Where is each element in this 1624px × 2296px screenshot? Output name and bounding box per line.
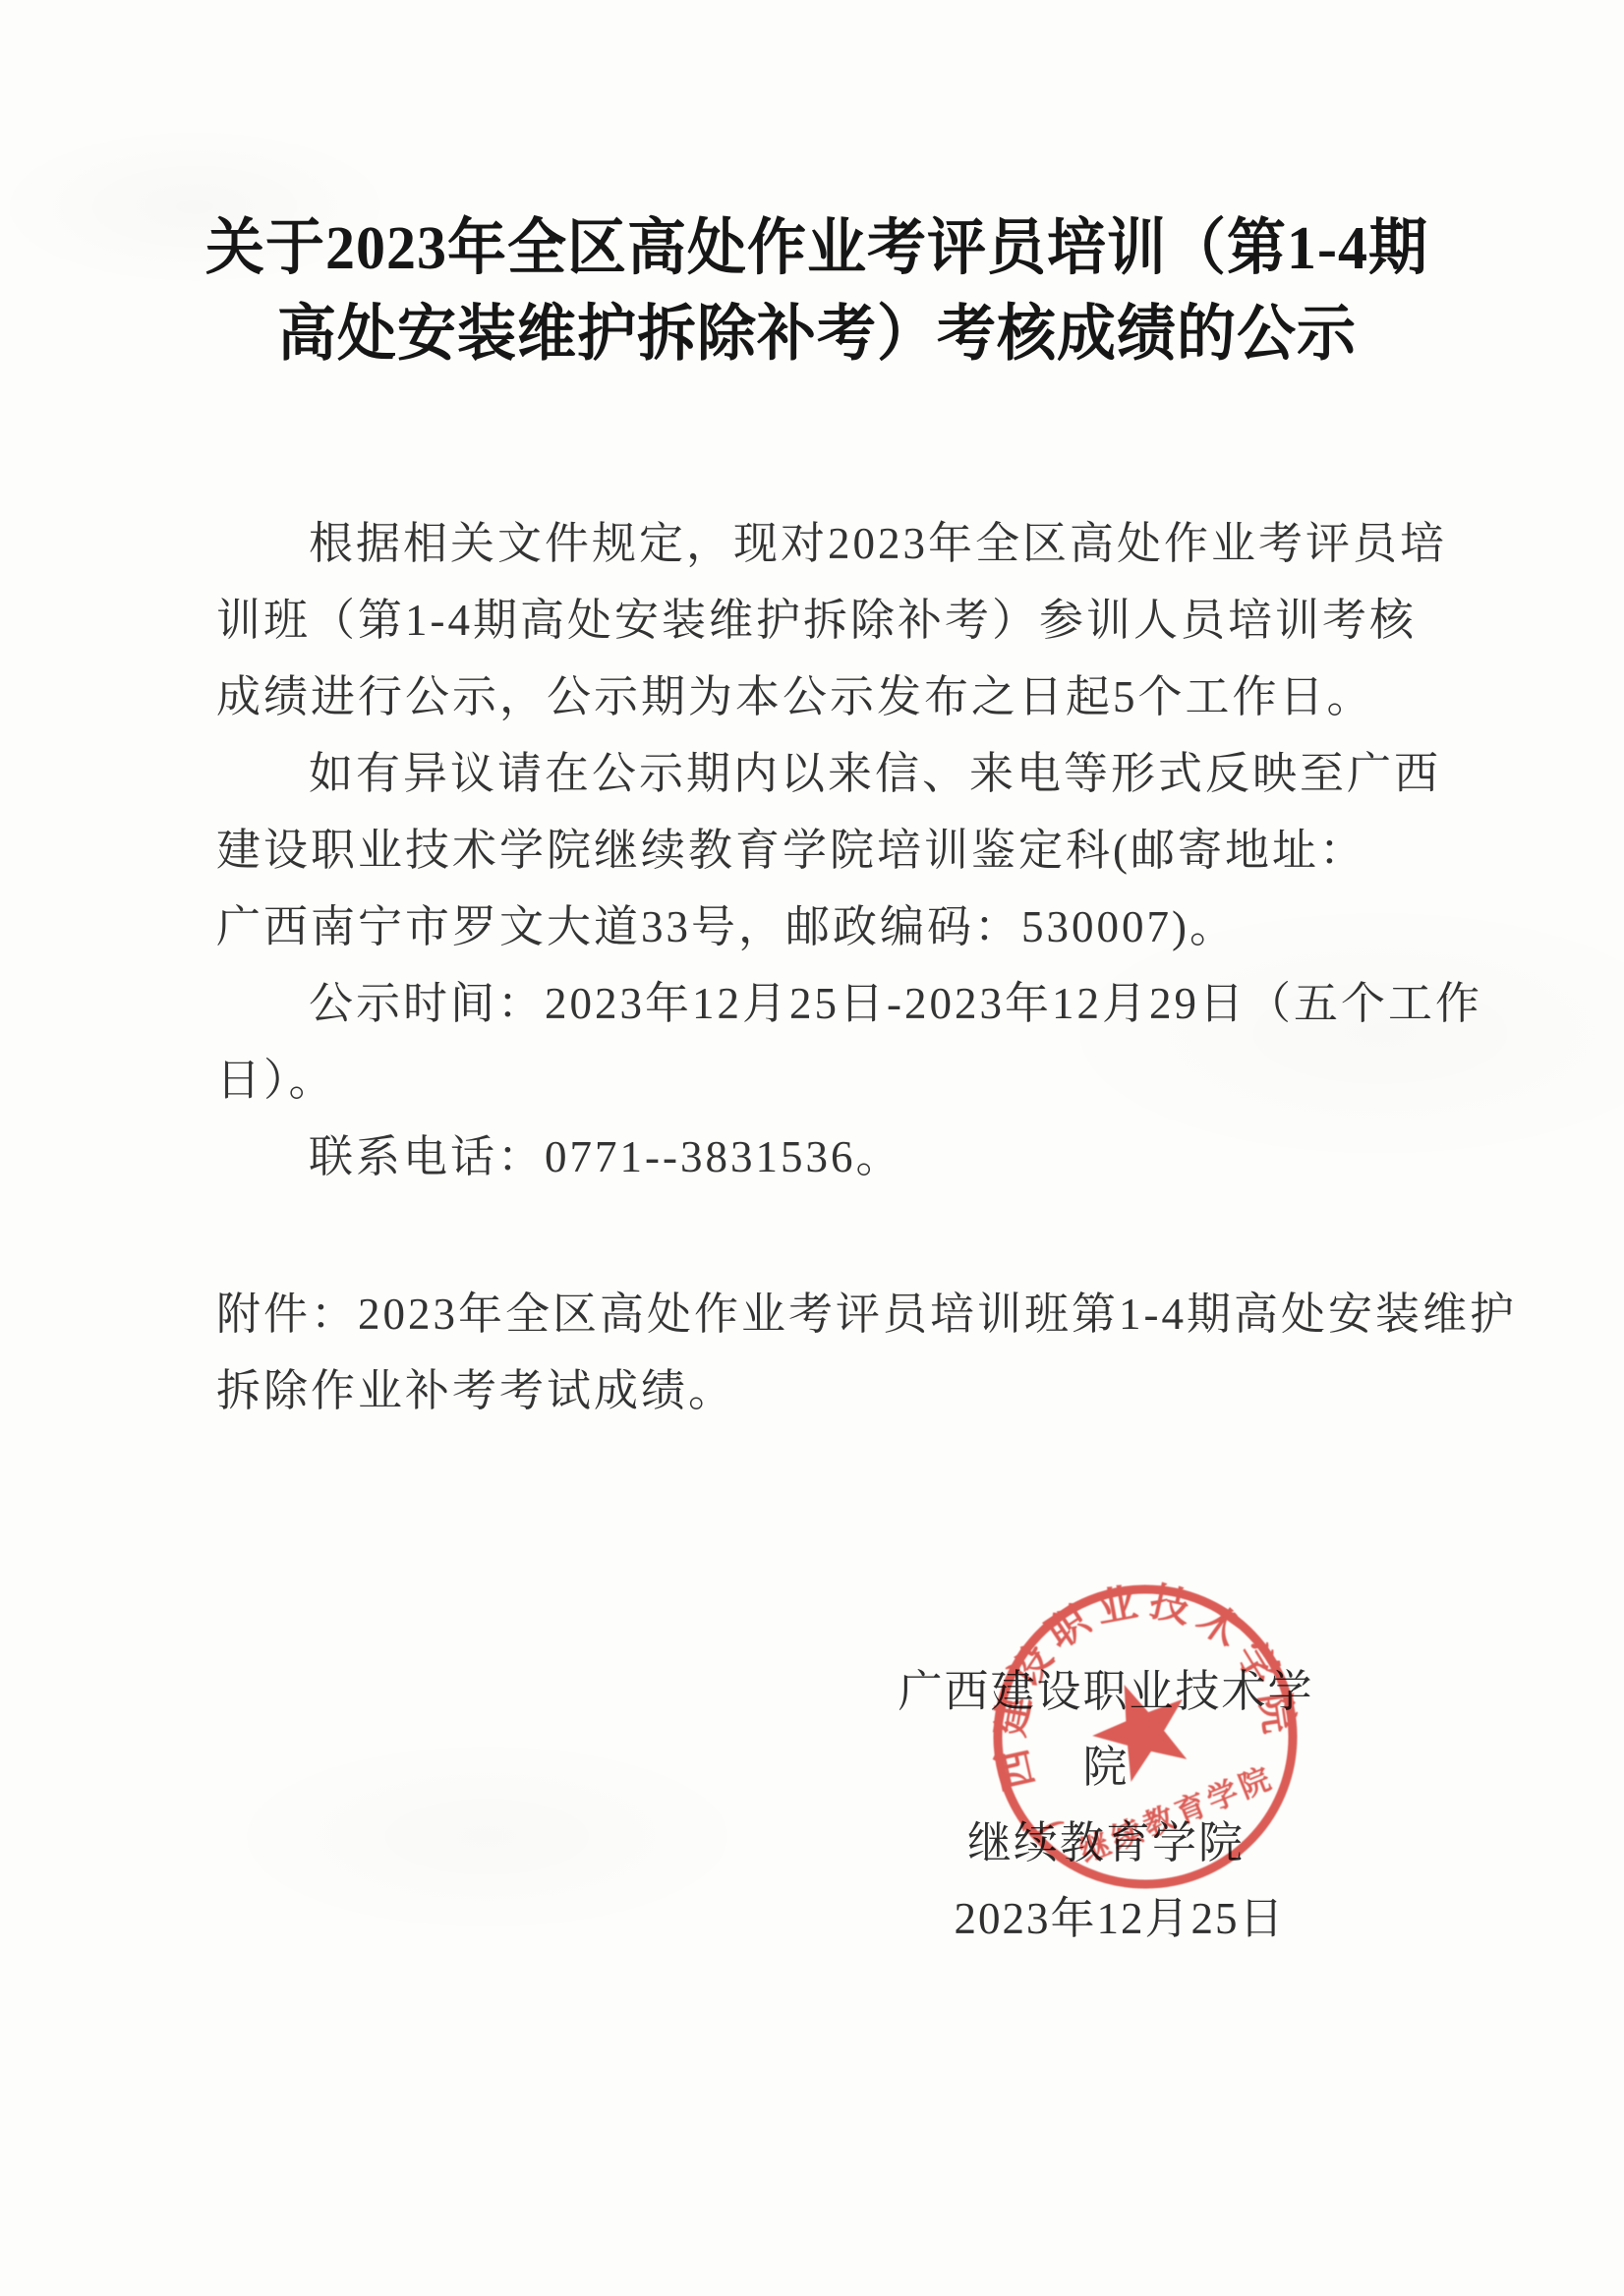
scanned-notice-page: 关于2023年全区高处作业考评员培训（第1-4期 高处安装维护拆除补考）考核成绩… [0,0,1624,2296]
attachment-note: 附件：2023年全区高处作业考评员培训班第1-4期高处安装维护 拆除作业补考考试… [216,1276,1455,1429]
body-line: 建设职业技术学院继续教育学院培训鉴定科(邮寄地址： [216,812,1455,889]
notice-body: 根据相关文件规定，现对2023年全区高处作业考评员培 训班（第1-4期高处安装维… [216,505,1455,1195]
document-title: 关于2023年全区高处作业考评员培训（第1-4期 高处安装维护拆除补考）考核成绩… [10,205,1624,377]
body-line: 根据相关文件规定，现对2023年全区高处作业考评员培 [216,505,1455,582]
star-icon [1079,1667,1204,1789]
body-line: 日）。 [216,1042,1455,1119]
seal-inner-text: 继续教育学院 [1074,1760,1279,1869]
body-line: 公示时间：2023年12月25日-2023年12月29日（五个工作 [216,965,1455,1042]
body-line: 如有异议请在公示期内以来信、来电等形式反映至广西 [216,735,1455,812]
body-line: 联系电话：0771--3831536。 [216,1119,1455,1195]
body-line: 训班（第1-4期高处安装维护拆除补考）参训人员培训考核 [216,582,1455,659]
official-seal-stamp: 广西建设职业技术学院 继续教育学院 [978,1570,1312,1904]
attachment-line: 拆除作业补考考试成绩。 [216,1352,1455,1429]
attachment-line: 附件：2023年全区高处作业考评员培训班第1-4期高处安装维护 [216,1276,1455,1352]
body-line: 广西南宁市罗文大道33号，邮政编码：530007)。 [216,889,1455,965]
body-line: 成绩进行公示，公示期为本公示发布之日起5个工作日。 [216,659,1455,735]
document-title-line1: 关于2023年全区高处作业考评员培训（第1-4期 [10,205,1624,291]
document-title-line2: 高处安装维护拆除补考）考核成绩的公示 [10,291,1624,376]
